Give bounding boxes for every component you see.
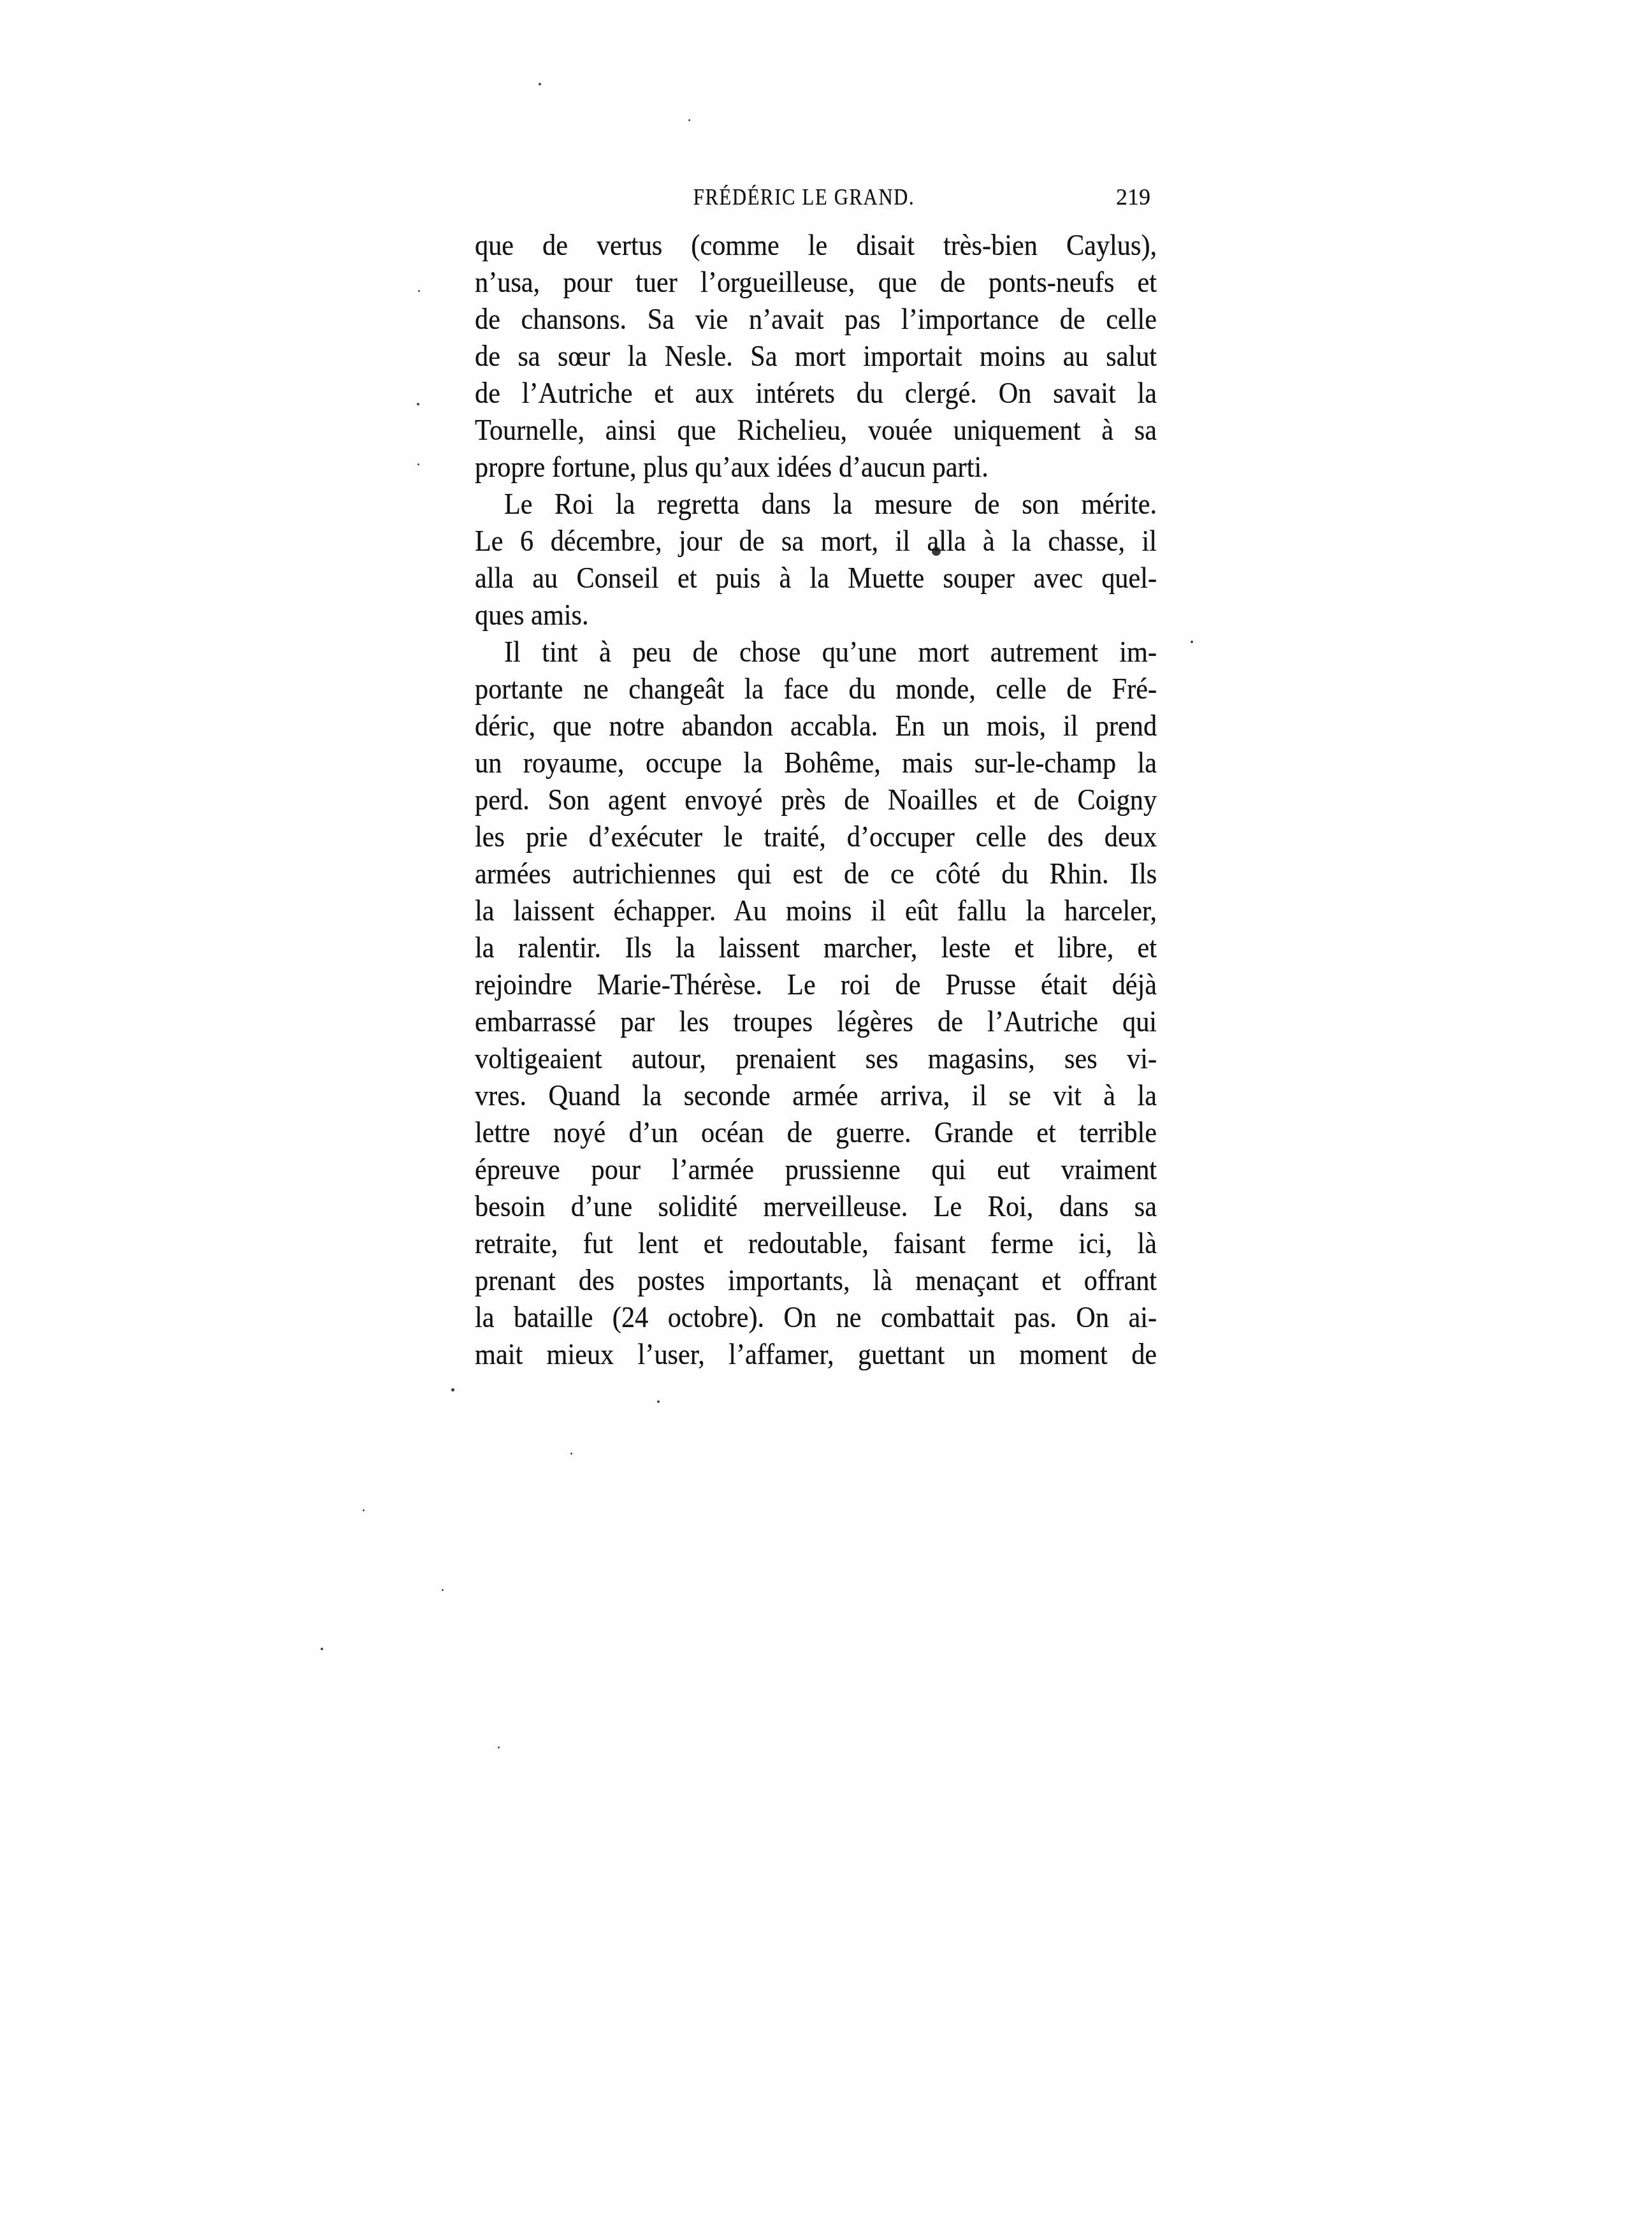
page-header: FRÉDÉRIC LE GRAND. 219 xyxy=(475,184,1157,217)
text-line: besoin d’une solidité merveilleuse. Le R… xyxy=(475,1188,1157,1225)
text-line: vres. Quand la seconde armée arriva, il … xyxy=(475,1077,1157,1114)
ink-speck xyxy=(657,1400,660,1403)
text-line: portante ne changeât la face du monde, c… xyxy=(475,671,1157,708)
text-line: la ralentir. Ils la laissent marcher, le… xyxy=(475,929,1157,966)
text-line: perd. Son agent envoyé près de Noailles … xyxy=(475,781,1157,818)
text-block: que de vertus (comme le disait très-bien… xyxy=(475,227,1157,1373)
text-line: lettre noyé d’un océan de guerre. Grande… xyxy=(475,1114,1157,1151)
text-line: de sa sœur la Nesle. Sa mort importait m… xyxy=(475,338,1157,375)
ink-speck xyxy=(418,290,420,292)
text-line: alla au Conseil et puis à la Muette soup… xyxy=(475,560,1157,597)
ink-speck xyxy=(498,1746,500,1748)
ink-speck xyxy=(539,83,541,85)
text-line: la laissent échapper. Au moins il eût fa… xyxy=(475,892,1157,929)
ink-speck xyxy=(1191,641,1193,643)
text-line: Il tint à peu de chose qu’une mort autre… xyxy=(475,634,1157,671)
text-line: un royaume, occupe la Bohême, mais sur-l… xyxy=(475,744,1157,781)
text-line: Le Roi la regretta dans la mesure de son… xyxy=(475,486,1157,523)
text-line: les prie d’exécuter le traité, d’occuper… xyxy=(475,818,1157,855)
text-line: mait mieux l’user, l’affamer, guettant u… xyxy=(475,1336,1157,1373)
running-title-wrap: FRÉDÉRIC LE GRAND. xyxy=(475,184,1157,210)
text-line: ques amis. xyxy=(475,597,1157,634)
ink-speck xyxy=(570,1453,572,1455)
text-line: voltigeaient autour, prenaient ses magas… xyxy=(475,1040,1157,1077)
page-number: 219 xyxy=(1116,184,1150,210)
text-line: propre fortune, plus qu’aux idées d’aucu… xyxy=(475,449,1157,486)
ink-speck xyxy=(442,1589,444,1591)
running-title: FRÉDÉRIC LE GRAND. xyxy=(693,184,915,210)
text-line: la bataille (24 octobre). On ne combatta… xyxy=(475,1299,1157,1336)
text-line: rejoindre Marie-Thérèse. Le roi de Pruss… xyxy=(475,966,1157,1003)
text-line: Tournelle, ainsi que Richelieu, vouée un… xyxy=(475,412,1157,449)
text-line: déric, que notre abandon accabla. En un … xyxy=(475,708,1157,744)
text-line: épreuve pour l’armée prussienne qui eut … xyxy=(475,1151,1157,1188)
ink-speck xyxy=(932,547,941,556)
ink-speck xyxy=(688,119,690,121)
text-line: prenant des postes importants, là menaça… xyxy=(475,1262,1157,1299)
text-line: que de vertus (comme le disait très-bien… xyxy=(475,227,1157,264)
ink-speck xyxy=(321,1648,323,1650)
text-line: Le 6 décembre, jour de sa mort, il alla … xyxy=(475,523,1157,560)
text-line: armées autrichiennes qui est de ce côté … xyxy=(475,855,1157,892)
text-line: de l’Autriche et aux intérets du clergé.… xyxy=(475,375,1157,412)
text-line: retraite, fut lent et redoutable, faisan… xyxy=(475,1225,1157,1262)
ink-speck xyxy=(363,1509,365,1511)
text-line: de chansons. Sa vie n’avait pas l’import… xyxy=(475,301,1157,338)
ink-speck xyxy=(451,1388,454,1391)
text-line: embarrassé par les troupes légères de l’… xyxy=(475,1003,1157,1040)
book-page: FRÉDÉRIC LE GRAND. 219 que de vertus (co… xyxy=(0,0,1652,2236)
text-line: n’usa, pour tuer l’orgueilleuse, que de … xyxy=(475,264,1157,301)
ink-speck xyxy=(417,403,419,405)
ink-speck xyxy=(417,463,419,465)
